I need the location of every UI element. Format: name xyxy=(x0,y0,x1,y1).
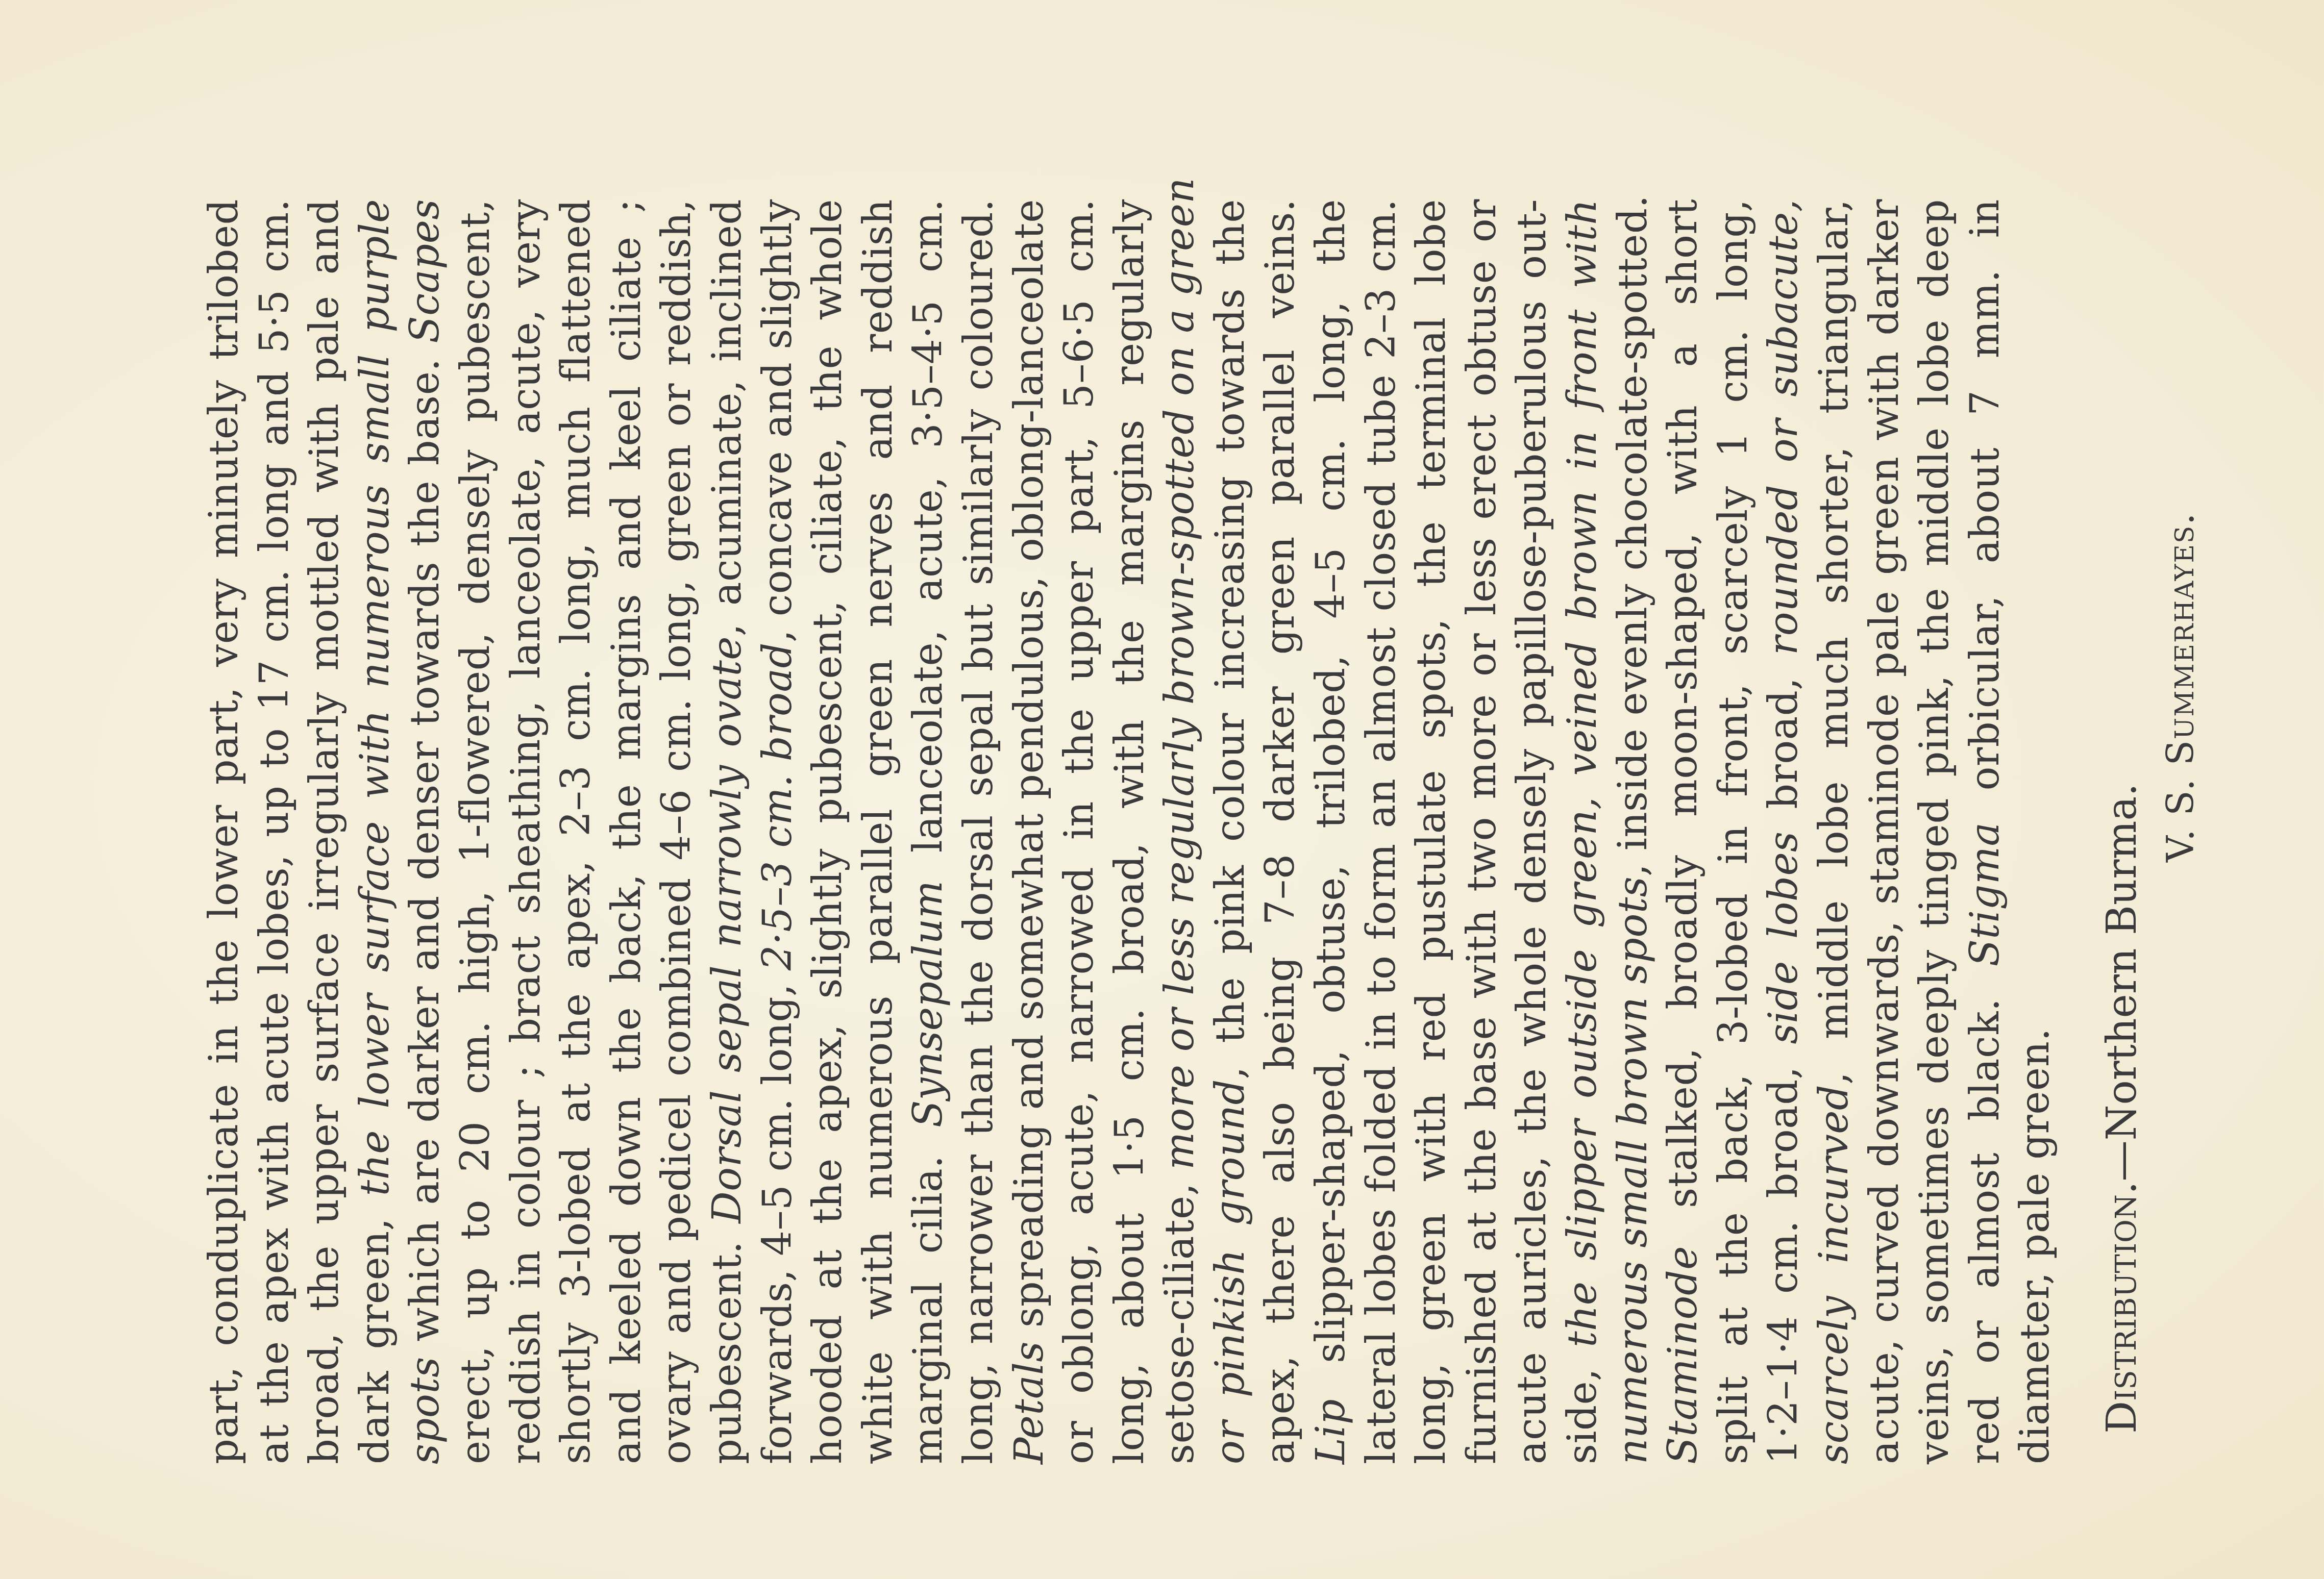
text-segment: apex, there also being 7–8 darker green … xyxy=(1257,199,1303,1464)
text-segment: long, about 1·5 cm. broad, with the marg… xyxy=(1107,199,1153,1464)
italic-segment: Lip xyxy=(1308,1399,1354,1464)
text-segment: lanceolate, acute, 3·5–4·5 cm. xyxy=(905,199,951,881)
text-segment: setose-ciliate, xyxy=(1157,1170,1203,1464)
text-segment: veins, sometimes deeply tinged pink, the… xyxy=(1912,199,1958,1464)
signature-initials: V. S. xyxy=(2159,765,2202,862)
distribution-dash: — xyxy=(2098,1141,2145,1182)
description-text: part, conduplicate in the lower part, ve… xyxy=(199,199,2061,1464)
distribution-line: Distribution.—Northern Burma. xyxy=(2091,199,2153,1464)
italic-segment: the lower surface with numerous small pu… xyxy=(352,199,398,1196)
signature-surname: Summerhayes. xyxy=(2159,512,2202,765)
italic-segment: Staminode xyxy=(1660,1246,1706,1464)
text-line: forwards, 4–5 cm. long, 2·5–3 cm. broad,… xyxy=(753,199,803,1464)
distribution-label: Distribution. xyxy=(2098,1182,2145,1434)
distribution-value: Northern Burma. xyxy=(2098,783,2145,1140)
text-line: diameter, pale green. xyxy=(2010,199,2061,1464)
text-segment: , concave and slightly xyxy=(755,199,801,642)
text-segment: acute, curved downwards, staminode pale … xyxy=(1862,199,1908,1464)
text-line: or oblong, acute, narrowed in the upper … xyxy=(1054,199,1105,1464)
text-line: red or almost black. Stigma orbicular, a… xyxy=(1960,199,2011,1464)
text-line: dark green, the lower surface with numer… xyxy=(350,199,401,1464)
text-segment: spreading and somewhat pendulous, oblong… xyxy=(1006,199,1052,1341)
text-line: numerous small brown spots, inside evenl… xyxy=(1608,199,1659,1464)
text-line: setose-ciliate, more or less regularly b… xyxy=(1155,199,1205,1464)
text-segment: red or almost black. xyxy=(1962,967,2008,1464)
text-line: spots which are darker and denser toward… xyxy=(400,199,451,1464)
text-line: broad, the upper surface irregularly mot… xyxy=(300,199,350,1464)
text-line: and keeled down the back, the margins an… xyxy=(602,199,652,1464)
italic-segment: Stigma xyxy=(1962,822,2008,966)
text-line: split at the back, 3-lobed in front, sca… xyxy=(1709,199,1759,1464)
italic-segment: 2·5–3 cm. broad xyxy=(755,642,801,970)
text-segment: part, conduplicate in the lower part, ve… xyxy=(201,199,247,1464)
text-line: veins, sometimes deeply tinged pink, the… xyxy=(1910,199,1960,1464)
italic-segment: scarcely incurved xyxy=(1811,1085,1857,1464)
text-line: white with numerous parallel green nerve… xyxy=(853,199,904,1464)
text-line: 1·2–1·4 cm. broad, side lobes broad, rou… xyxy=(1759,199,1809,1464)
text-segment: long, green with red pustulate spots, th… xyxy=(1408,199,1454,1464)
text-segment: , acuminate, inclined xyxy=(704,199,750,636)
text-line: acute auricles, the whole densely papill… xyxy=(1507,199,1557,1464)
text-segment: lateral lobes folded in to form an almos… xyxy=(1358,199,1404,1464)
text-segment: forwards, 4–5 cm. long, xyxy=(755,970,801,1464)
text-segment: , the pink colour increasing towards the xyxy=(1207,199,1253,1079)
text-line: lateral lobes folded in to form an almos… xyxy=(1356,199,1407,1464)
text-line: or pinkish ground, the pink colour incre… xyxy=(1205,199,1256,1464)
text-line: marginal cilia. Synsepalum lanceolate, a… xyxy=(903,199,954,1464)
text-segment: and keeled down the back, the margins an… xyxy=(604,199,650,1464)
text-segment: or oblong, acute, narrowed in the upper … xyxy=(1056,199,1102,1464)
text-line: part, conduplicate in the lower part, ve… xyxy=(199,199,250,1464)
text-segment: long, narrower than the dorsal sepal but… xyxy=(956,199,1002,1464)
text-segment: 1·2–1·4 cm. broad, xyxy=(1761,1044,1807,1465)
text-line: reddish in colour ; bract sheathing, lan… xyxy=(501,199,552,1464)
text-segment: dark green, xyxy=(352,1196,398,1464)
italic-segment: the slipper outside green, veined brown … xyxy=(1560,199,1605,1347)
text-line: Lip slipper-shaped, obtuse, trilobed, 4–… xyxy=(1306,199,1356,1464)
text-line: acute, curved downwards, staminode pale … xyxy=(1860,199,1910,1464)
text-line: pubescent. Dorsal sepal narrowly ovate, … xyxy=(702,199,753,1464)
text-line: long, green with red pustulate spots, th… xyxy=(1406,199,1457,1464)
text-segment: marginal cilia. xyxy=(905,1127,951,1464)
rotated-page-content: part, conduplicate in the lower part, ve… xyxy=(199,199,2209,1464)
text-segment: white with numerous parallel green nerve… xyxy=(855,199,901,1464)
italic-segment: Synsepalum xyxy=(905,881,951,1128)
text-line: hooded at the apex, slightly pubescent, … xyxy=(803,199,853,1464)
text-line: long, narrower than the dorsal sepal but… xyxy=(954,199,1004,1464)
text-line: apex, there also being 7–8 darker green … xyxy=(1255,199,1306,1464)
text-line: erect, up to 20 cm. high, 1-flowered, de… xyxy=(451,199,501,1464)
text-line: furnished at the base with two more or l… xyxy=(1457,199,1507,1464)
text-segment: ovary and pedicel combined 4–6 cm. long,… xyxy=(654,199,700,1464)
text-segment: , inside evenly chocolate-spotted. xyxy=(1610,195,1656,876)
italic-segment: spots xyxy=(402,1357,448,1464)
italic-segment: Dorsal sepal narrowly ovate xyxy=(704,636,750,1223)
text-segment: slipper-shaped, obtuse, trilobed, 4–5 cm… xyxy=(1308,199,1354,1399)
text-segment: pubescent. xyxy=(704,1223,750,1464)
italic-segment: or pinkish ground xyxy=(1207,1079,1253,1464)
text-segment: split at the back, 3-lobed in front, sca… xyxy=(1711,199,1757,1464)
italic-segment: Scapes xyxy=(402,199,448,343)
italic-segment: more or less regularly brown-spotted on … xyxy=(1157,178,1203,1170)
text-segment: broad, the upper surface irregularly mot… xyxy=(302,199,348,1464)
text-line: scarcely incurved, middle lobe much shor… xyxy=(1809,199,1860,1464)
text-segment: acute auricles, the whole densely papill… xyxy=(1509,199,1555,1464)
text-segment: furnished at the base with two more or l… xyxy=(1459,199,1505,1464)
text-segment: which are darker and denser towards the … xyxy=(402,343,448,1357)
text-segment: erect, up to 20 cm. high, 1-flowered, de… xyxy=(453,199,499,1464)
text-segment: broad, xyxy=(1761,655,1807,831)
text-segment: reddish in colour ; bract sheathing, lan… xyxy=(503,199,549,1464)
italic-segment: side lobes xyxy=(1761,831,1807,1044)
text-line: long, about 1·5 cm. broad, with the marg… xyxy=(1105,199,1155,1464)
text-segment: shortly 3-lobed at the apex, 2–3 cm. lon… xyxy=(553,199,599,1464)
text-segment: stalked, broadly moon-shaped, with a sho… xyxy=(1660,199,1706,1246)
text-line: side, the slipper outside green, veined … xyxy=(1557,199,1608,1464)
text-line: shortly 3-lobed at the apex, 2–3 cm. lon… xyxy=(551,199,602,1464)
text-line: ovary and pedicel combined 4–6 cm. long,… xyxy=(652,199,702,1464)
text-segment: , middle lobe much shorter, triangular, xyxy=(1811,199,1857,1085)
text-segment: diameter, pale green. xyxy=(2012,1028,2058,1464)
text-segment: hooded at the apex, slightly pubescent, … xyxy=(805,199,851,1464)
italic-segment: numerous small brown spots xyxy=(1610,876,1656,1464)
text-line: at the apex with acute lobes, up to 17 c… xyxy=(250,199,300,1464)
author-signature: V. S. Summerhayes. xyxy=(2153,199,2209,1464)
text-segment: at the apex with acute lobes, up to 17 c… xyxy=(252,199,298,1464)
text-segment: side, xyxy=(1560,1347,1605,1464)
text-line: Staminode stalked, broadly moon-shaped, … xyxy=(1658,199,1709,1464)
text-line: Petals spreading and somewhat pendulous,… xyxy=(1004,199,1055,1464)
text-segment: orbicular, about 7 mm. in xyxy=(1962,199,2008,822)
italic-segment: Petals xyxy=(1006,1341,1052,1464)
italic-segment: rounded or subacute, xyxy=(1761,199,1807,655)
